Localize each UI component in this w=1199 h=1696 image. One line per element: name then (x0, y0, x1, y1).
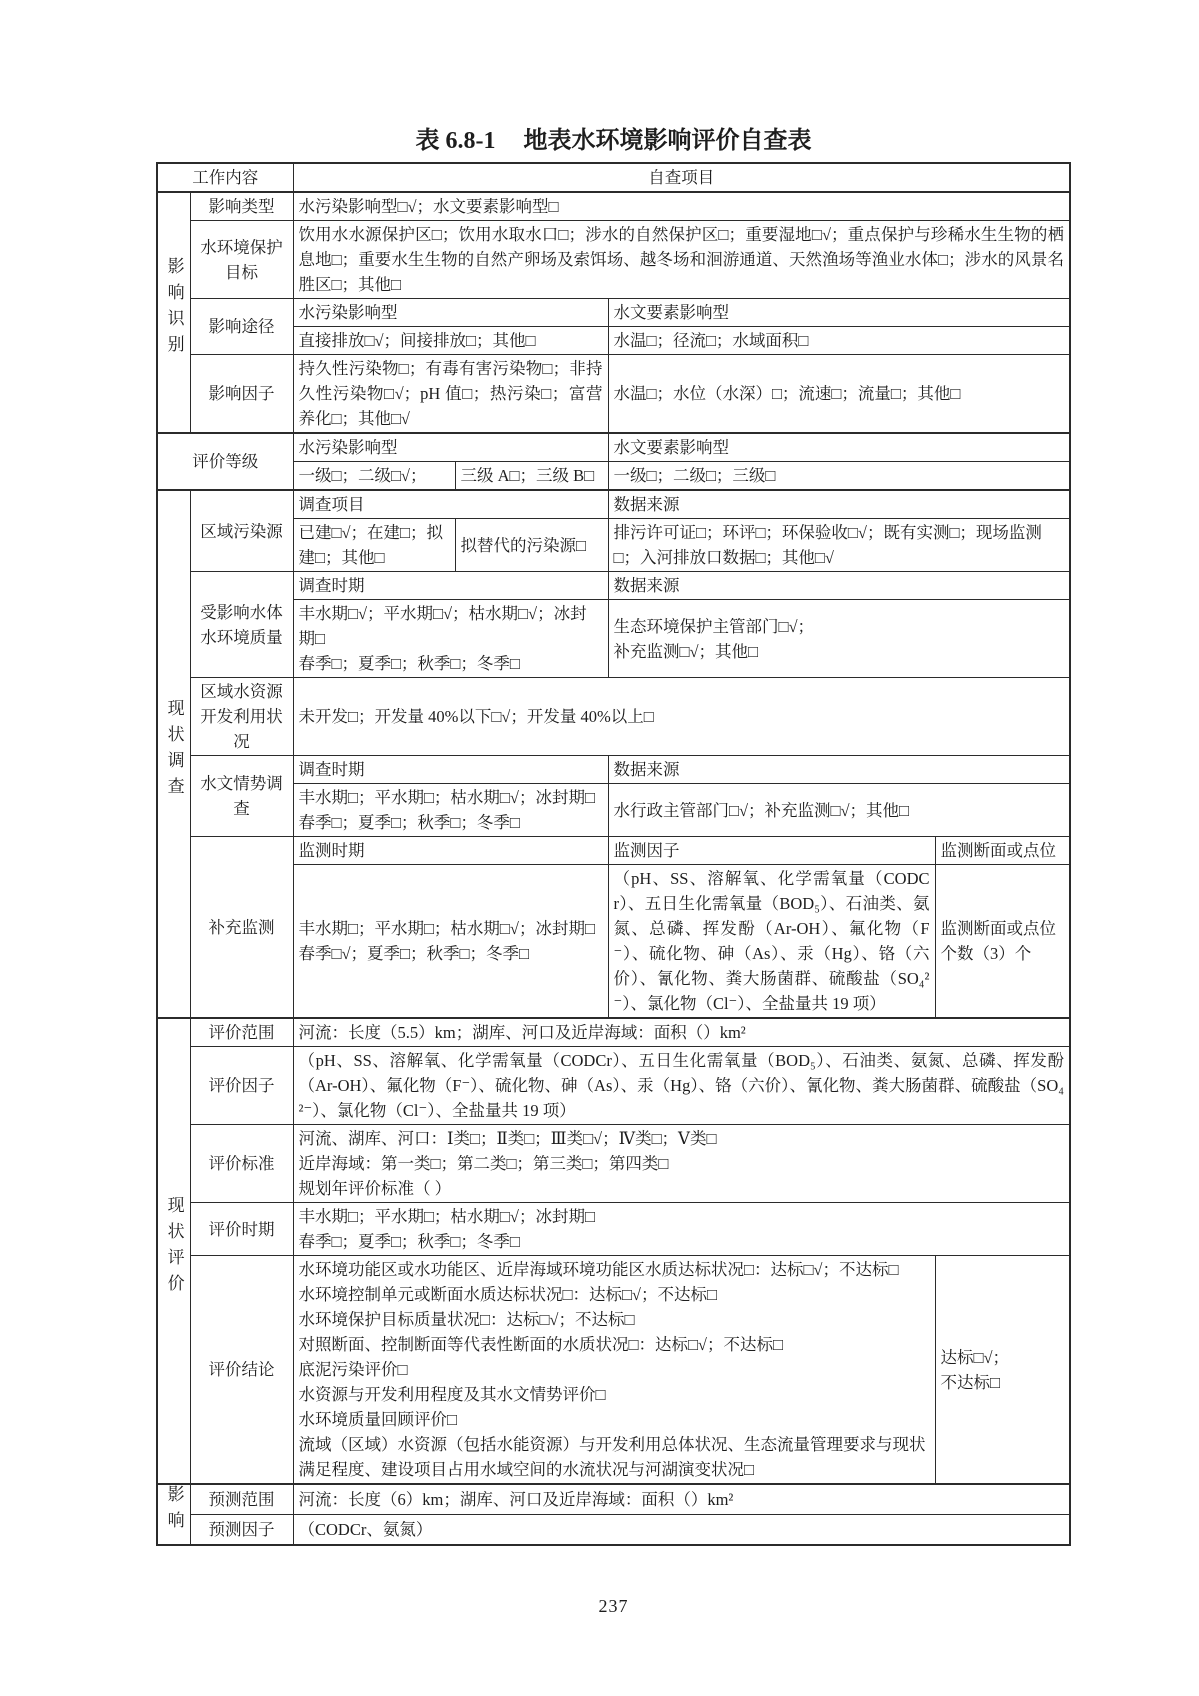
regional-pollution-data: 排污许可证□；环评□；环保验收□√；既有实测□；现场监测□；入河排放口数据□；其… (608, 519, 1070, 572)
row-water-resource-dev: 区域水资源 开发利用状况 未开发□；开发量 40%以下□√；开发量 40%以上□ (157, 678, 1070, 756)
header-work-content: 工作内容 (157, 163, 293, 192)
assessment-standards-label: 评价标准 (190, 1125, 293, 1203)
assessment-level-label: 评价等级 (157, 433, 293, 490)
content-line: 丰水期□；平水期□；枯水期□√；冰封期□ (299, 785, 603, 810)
hydrological-survey-data-header: 数据来源 (608, 756, 1070, 784)
document-body: 表 6.8-1 地表水环境影响评价自查表 工作内容 自查项目 影响识别 影响类型… (156, 126, 1071, 1617)
content-line: 近岸海域：第一类□；第二类□；第三类□；第四类□ (299, 1151, 1065, 1176)
row-impact-type: 影响识别 影响类型 水污染影响型□√；水文要素影响型□ (157, 192, 1070, 221)
row-supplementary-monitoring-content: 丰水期□；平水期□；枯水期□√；冰封期□ 春季□√；夏季□；秋季□；冬季□ （p… (157, 865, 1070, 1019)
content-line: 规划年评价标准（ ） (299, 1176, 1065, 1201)
content-line: 春季□；夏季□；秋季□；冬季□ (299, 1229, 1065, 1254)
water-resource-dev-content: 未开发□；开发量 40%以下□√；开发量 40%以上□ (293, 678, 1070, 756)
table-title: 表 6.8-1 地表水环境影响评价自查表 (156, 126, 1071, 156)
label-line: 区域水资源 (193, 679, 291, 704)
assessment-factors-label: 评价因子 (190, 1047, 293, 1125)
row-hydrological-survey-header: 水文情势调查 调查时期 数据来源 (157, 756, 1070, 784)
affected-water-data-header: 数据来源 (608, 572, 1070, 600)
assessment-standards-content: 河流、湖库、河口：Ⅰ类□；Ⅱ类□；Ⅲ类□√；Ⅳ类□；Ⅴ类□ 近岸海域：第一类□；… (293, 1125, 1070, 1203)
assessment-level-right-header: 水文要素影响型 (608, 433, 1070, 462)
row-supplementary-monitoring-header: 补充监测 监测时期 监测因子 监测断面或点位 (157, 837, 1070, 865)
impact-type-content: 水污染影响型□√；水文要素影响型□ (293, 192, 1070, 221)
conclusion-line: 水环境保护目标质量状况□：达标□√；不达标□ (299, 1307, 930, 1332)
header-self-check: 自查项目 (293, 163, 1070, 192)
table-title-number: 表 6.8-1 (416, 126, 496, 156)
impact-factor-label: 影响因子 (190, 355, 293, 434)
assessment-scope-label: 评价范围 (190, 1018, 293, 1047)
conclusion-line: 底泥污染评价□ (299, 1357, 930, 1382)
impact-factor-left: 持久性污染物□；有毒有害污染物□；非持久性污染物□√；pH 值□；热污染□；富营… (293, 355, 608, 434)
impact-route-right: 水温□；径流□；水域面积□ (608, 327, 1070, 355)
water-resource-dev-label: 区域水资源 开发利用状况 (190, 678, 293, 756)
assessment-conclusion-label: 评价结论 (190, 1256, 293, 1485)
content-line: 达标□√； (941, 1345, 1065, 1370)
prediction-factors-label: 预测因子 (190, 1515, 293, 1546)
section-status-assessment: 现状评价 (157, 1018, 190, 1484)
row-assessment-scope: 现状评价 评价范围 河流：长度（5.5）km；湖库、河口及近岸海域：面积（）km… (157, 1018, 1070, 1047)
row-impact-factor: 影响因子 持久性污染物□；有毒有害污染物□；非持久性污染物□√；pH 值□；热污… (157, 355, 1070, 434)
document-page: 表 6.8-1 地表水环境影响评价自查表 工作内容 自查项目 影响识别 影响类型… (0, 0, 1199, 1696)
section-impact-prediction: 影响 (157, 1484, 190, 1545)
prediction-factors-content: （CODCr、氨氮） (293, 1515, 1070, 1546)
hydrological-survey-period: 丰水期□；平水期□；枯水期□√；冰封期□ 春季□；夏季□；秋季□；冬季□ (293, 784, 608, 837)
content-line: 丰水期□√；平水期□√；枯水期□√；冰封期□ (299, 601, 603, 651)
protection-target-label: 水环境保护 目标 (190, 221, 293, 299)
row-assessment-factors: 评价因子 （pH、SS、溶解氧、化学需氧量（CODCr）、五日生化需氧量（BOD… (157, 1047, 1070, 1125)
assessment-period-content: 丰水期□；平水期□；枯水期□√；冰封期□ 春季□；夏季□；秋季□；冬季□ (293, 1203, 1070, 1256)
assessment-conclusion-side: 达标□√； 不达标□ (935, 1256, 1070, 1485)
label-line: 开发利用状况 (193, 704, 291, 754)
row-impact-route-header: 影响途径 水污染影响型 水文要素影响型 (157, 299, 1070, 327)
impact-route-left: 直接排放□√；间接排放□；其他□ (293, 327, 608, 355)
content-line: 丰水期□；平水期□；枯水期□√；冰封期□ (299, 916, 603, 941)
row-protection-target: 水环境保护 目标 饮用水水源保护区□；饮用水取水口□；涉水的自然保护区□；重要湿… (157, 221, 1070, 299)
section-status-survey: 现状调查 (157, 490, 190, 1018)
conclusion-line: 水环境质量回顾评价□ (299, 1407, 930, 1432)
monitoring-factor-header: 监测因子 (608, 837, 935, 865)
assessment-conclusion-content: 水环境功能区或水功能区、近岸海域环境功能区水质达标状况□：达标□√；不达标□ 水… (293, 1256, 935, 1485)
content-line: 河流、湖库、河口：Ⅰ类□；Ⅱ类□；Ⅲ类□√；Ⅳ类□；Ⅴ类□ (299, 1126, 1065, 1151)
section-impact-identification: 影响识别 (157, 192, 190, 433)
content-line: 生态环境保护主管部门□√； (614, 614, 1065, 639)
monitoring-sections: 监测断面或点位个数（3）个 (935, 865, 1070, 1019)
row-assessment-level-content: 一级□；二级□√； 三级 A□；三级 B□ 一级□；二级□；三级□ (157, 462, 1070, 491)
prediction-scope-label: 预测范围 (190, 1484, 293, 1515)
row-affected-water-header: 受影响水体 水环境质量 调查时期 数据来源 (157, 572, 1070, 600)
impact-route-left-header: 水污染影响型 (293, 299, 608, 327)
monitoring-section-header: 监测断面或点位 (935, 837, 1070, 865)
impact-type-label: 影响类型 (190, 192, 293, 221)
prediction-scope-content: 河流：长度（6）km；湖库、河口及近岸海域：面积（）km² (293, 1484, 1070, 1515)
assessment-factors-content: （pH、SS、溶解氧、化学需氧量（CODCr）、五日生化需氧量（BOD₅）、石油… (293, 1047, 1070, 1125)
monitoring-factors: （pH、SS、溶解氧、化学需氧量（CODCr）、五日生化需氧量（BOD₅）、石油… (608, 865, 935, 1019)
assessment-level-right: 一级□；二级□；三级□ (608, 462, 1070, 491)
hydrological-survey-period-header: 调查时期 (293, 756, 608, 784)
row-regional-pollution-content: 已建□√；在建□；拟建□；其他□ 拟替代的污染源□ 排污许可证□；环评□；环保验… (157, 519, 1070, 572)
row-assessment-level-header: 评价等级 水污染影响型 水文要素影响型 (157, 433, 1070, 462)
regional-pollution-survey-header: 调查项目 (293, 490, 608, 519)
label-line: 水环境保护 (193, 235, 291, 260)
regional-pollution-label: 区域污染源 (190, 490, 293, 572)
row-impact-route-content: 直接排放□√；间接排放□；其他□ 水温□；径流□；水域面积□ (157, 327, 1070, 355)
content-line: 春季□；夏季□；秋季□；冬季□ (299, 810, 603, 835)
impact-route-label: 影响途径 (190, 299, 293, 355)
regional-pollution-substitute: 拟替代的污染源□ (455, 519, 608, 572)
page-number: 237 (156, 1596, 1071, 1617)
conclusion-line: 水资源与开发利用程度及其水文情势评价□ (299, 1382, 930, 1407)
label-line: 受影响水体 (193, 600, 291, 625)
impact-route-right-header: 水文要素影响型 (608, 299, 1070, 327)
assessment-level-left-header: 水污染影响型 (293, 433, 608, 462)
monitoring-period: 丰水期□；平水期□；枯水期□√；冰封期□ 春季□√；夏季□；秋季□；冬季□ (293, 865, 608, 1019)
section-label-vertical: 影响 (165, 1485, 183, 1537)
row-hydrological-survey-content: 丰水期□；平水期□；枯水期□√；冰封期□ 春季□；夏季□；秋季□；冬季□ 水行政… (157, 784, 1070, 837)
affected-water-data: 生态环境保护主管部门□√； 补充监测□√；其他□ (608, 600, 1070, 678)
affected-water-period-header: 调查时期 (293, 572, 608, 600)
row-prediction-factors: 预测因子 （CODCr、氨氮） (157, 1515, 1070, 1546)
hydrological-survey-label: 水文情势调查 (190, 756, 293, 837)
regional-pollution-built: 已建□√；在建□；拟建□；其他□ (293, 519, 455, 572)
monitoring-period-header: 监测时期 (293, 837, 608, 865)
content-line: 不达标□ (941, 1370, 1065, 1395)
assessment-level-left-a: 一级□；二级□√； (293, 462, 455, 491)
section-label-vertical: 影响识别 (165, 257, 183, 361)
conclusion-line: 流域（区域）水资源（包括水能资源）与开发利用总体状况、生态流量管理要求与现状满足… (299, 1432, 930, 1482)
assessment-scope-content: 河流：长度（5.5）km；湖库、河口及近岸海域：面积（）km² (293, 1018, 1070, 1047)
row-assessment-period: 评价时期 丰水期□；平水期□；枯水期□√；冰封期□ 春季□；夏季□；秋季□；冬季… (157, 1203, 1070, 1256)
hydrological-survey-data: 水行政主管部门□√；补充监测□√；其他□ (608, 784, 1070, 837)
affected-water-period: 丰水期□√；平水期□√；枯水期□√；冰封期□ 春季□；夏季□；秋季□；冬季□ (293, 600, 608, 678)
header-row: 工作内容 自查项目 (157, 163, 1070, 192)
row-assessment-conclusion: 评价结论 水环境功能区或水功能区、近岸海域环境功能区水质达标状况□：达标□√；不… (157, 1256, 1070, 1485)
content-line: 补充监测□√；其他□ (614, 639, 1065, 664)
protection-target-content: 饮用水水源保护区□；饮用水取水口□；涉水的自然保护区□；重要湿地□√；重点保护与… (293, 221, 1070, 299)
supplementary-monitoring-label: 补充监测 (190, 837, 293, 1019)
label-line: 水环境质量 (193, 625, 291, 650)
conclusion-line: 对照断面、控制断面等代表性断面的水质状况□：达标□√；不达标□ (299, 1332, 930, 1357)
impact-factor-right: 水温□；水位（水深）□；流速□；流量□；其他□ (608, 355, 1070, 434)
row-prediction-scope: 影响 预测范围 河流：长度（6）km；湖库、河口及近岸海域：面积（）km² (157, 1484, 1070, 1515)
row-affected-water-content: 丰水期□√；平水期□√；枯水期□√；冰封期□ 春季□；夏季□；秋季□；冬季□ 生… (157, 600, 1070, 678)
conclusion-line: 水环境控制单元或断面水质达标状况□：达标□√；不达标□ (299, 1282, 930, 1307)
row-assessment-standards: 评价标准 河流、湖库、河口：Ⅰ类□；Ⅱ类□；Ⅲ类□√；Ⅳ类□；Ⅴ类□ 近岸海域：… (157, 1125, 1070, 1203)
conclusion-line: 水环境功能区或水功能区、近岸海域环境功能区水质达标状况□：达标□√；不达标□ (299, 1257, 930, 1282)
content-line: 春季□√；夏季□；秋季□；冬季□ (299, 941, 603, 966)
section-label-vertical: 现状调查 (165, 699, 183, 803)
content-line: 丰水期□；平水期□；枯水期□√；冰封期□ (299, 1204, 1065, 1229)
regional-pollution-data-header: 数据来源 (608, 490, 1070, 519)
affected-water-label: 受影响水体 水环境质量 (190, 572, 293, 678)
table-title-text: 地表水环境影响评价自查表 (524, 126, 812, 156)
self-check-table: 工作内容 自查项目 影响识别 影响类型 水污染影响型□√；水文要素影响型□ 水环… (156, 162, 1071, 1546)
assessment-period-label: 评价时期 (190, 1203, 293, 1256)
assessment-level-left-b: 三级 A□；三级 B□ (455, 462, 608, 491)
row-regional-pollution-header: 现状调查 区域污染源 调查项目 数据来源 (157, 490, 1070, 519)
label-line: 目标 (193, 260, 291, 285)
content-line: 春季□；夏季□；秋季□；冬季□ (299, 651, 603, 676)
section-label-vertical: 现状评价 (165, 1196, 183, 1300)
